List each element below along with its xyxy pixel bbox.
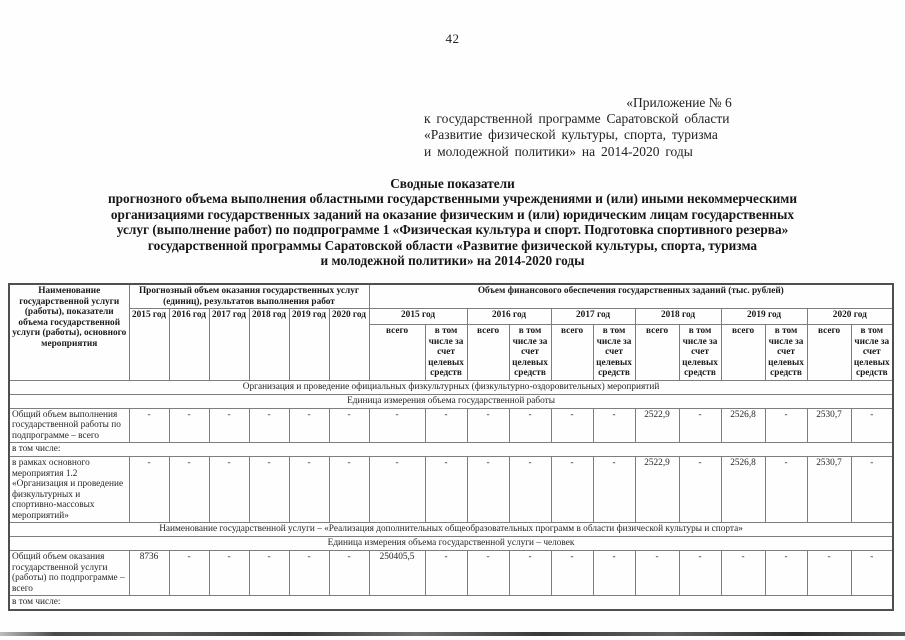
value-cell: - (593, 408, 635, 443)
value-cell: - (249, 551, 289, 596)
value-cell: - (467, 457, 509, 523)
section-row: Единица измерения объема государственной… (9, 394, 893, 408)
value-cell: - (329, 551, 369, 596)
value-cell: - (679, 551, 721, 596)
value-cell: - (509, 551, 551, 596)
col-header-fin-2015: 2015 год (369, 309, 467, 325)
value-cell: - (635, 551, 679, 596)
value-cell: - (851, 551, 893, 596)
section-label: Единица измерения объема государственной… (9, 537, 893, 551)
section-label: Единица измерения объема государственной… (9, 394, 893, 408)
section-label: Организация и проведение официальных физ… (9, 380, 893, 394)
section-label: в том числе: (9, 443, 893, 457)
header-group-row: Наименование государственной услуги (раб… (9, 284, 893, 309)
summary-indicators-table: Наименование государственной услуги (раб… (8, 283, 894, 611)
section-row: Наименование государственной услуги – «Р… (9, 523, 893, 537)
value-cell: - (765, 457, 807, 523)
value-cell: - (169, 408, 209, 443)
col-subheader-targeted-2016: в том числе за счет целевых средств (509, 325, 551, 381)
value-cell: - (425, 551, 467, 596)
col-header-fin-2019: 2019 год (721, 309, 807, 325)
col-header-fin-2017: 2017 год (551, 309, 635, 325)
value-cell: - (249, 408, 289, 443)
col-subheader-targeted-2015: в том числе за счет целевых средств (425, 325, 467, 381)
col-subheader-total-2015: всего (369, 325, 425, 381)
value-cell: 2526,8 (721, 457, 765, 523)
appendix-reference-block: «Приложение № 6 к государственной програ… (424, 95, 874, 160)
section-row: в том числе: (9, 443, 893, 457)
value-cell: - (369, 408, 425, 443)
scan-artifact-line (0, 632, 905, 636)
value-cell: - (425, 408, 467, 443)
data-row: в рамках основного мероприятия 1.2 «Орга… (9, 457, 893, 523)
value-cell: 2530,7 (807, 408, 851, 443)
data-row: Общий объем оказания государственной усл… (9, 551, 893, 596)
value-cell: - (551, 551, 593, 596)
section-row: Единица измерения объема государственной… (9, 537, 893, 551)
col-subheader-targeted-2019: в том числе за счет целевых средств (765, 325, 807, 381)
page-number: 42 (0, 31, 905, 47)
row-label: в рамках основного мероприятия 1.2 «Орга… (9, 457, 129, 523)
col-header-prognoz-2020: 2020 год (329, 309, 369, 381)
col-header-prognoz-2019: 2019 год (289, 309, 329, 381)
header-years-row: 2015 год 2016 год 2017 год 2018 год 2019… (9, 309, 893, 325)
value-cell: - (593, 457, 635, 523)
col-subheader-targeted-2018: в том числе за счет целевых средств (679, 325, 721, 381)
col-group-prognoz-volume: Прогнозный объем оказания государственны… (129, 284, 369, 309)
col-subheader-total-2016: всего (467, 325, 509, 381)
value-cell: 2530,7 (807, 457, 851, 523)
value-cell: - (679, 408, 721, 443)
value-cell: - (209, 551, 249, 596)
document-title: Сводные показатели прогнозного объема вы… (12, 176, 893, 269)
col-subheader-targeted-2020: в том числе за счет целевых средств (851, 325, 893, 381)
value-cell: - (289, 457, 329, 523)
value-cell: - (169, 551, 209, 596)
table-header: Наименование государственной услуги (раб… (9, 284, 893, 380)
section-label: Наименование государственной услуги – «Р… (9, 523, 893, 537)
value-cell: 2522,9 (635, 457, 679, 523)
value-cell: - (551, 408, 593, 443)
value-cell: - (509, 408, 551, 443)
value-cell: - (467, 408, 509, 443)
value-cell: - (721, 551, 765, 596)
section-label: в том числе: (9, 596, 893, 611)
value-cell: 2522,9 (635, 408, 679, 443)
value-cell: - (509, 457, 551, 523)
col-group-financial-support: Объем финансового обеспечения государств… (369, 284, 893, 309)
value-cell: - (169, 457, 209, 523)
value-cell: - (765, 551, 807, 596)
col-header-service-name: Наименование государственной услуги (раб… (9, 284, 129, 380)
value-cell: - (807, 551, 851, 596)
value-cell: - (765, 408, 807, 443)
value-cell: - (209, 408, 249, 443)
col-subheader-total-2018: всего (635, 325, 679, 381)
value-cell: - (425, 457, 467, 523)
value-cell: - (329, 457, 369, 523)
table-body: Организация и проведение официальных физ… (9, 380, 893, 610)
value-cell: - (129, 408, 169, 443)
row-label: Общий объем выполнения государственной р… (9, 408, 129, 443)
value-cell: - (679, 457, 721, 523)
value-cell: - (209, 457, 249, 523)
value-cell: - (467, 551, 509, 596)
value-cell: - (289, 551, 329, 596)
section-row: Организация и проведение официальных физ… (9, 380, 893, 394)
col-subheader-total-2019: всего (721, 325, 765, 381)
section-row: в том числе: (9, 596, 893, 611)
value-cell: 8736 (129, 551, 169, 596)
appendix-number-line: «Приложение № 6 (424, 95, 874, 111)
col-subheader-total-2020: всего (807, 325, 851, 381)
col-header-prognoz-2018: 2018 год (249, 309, 289, 381)
value-cell: 2526,8 (721, 408, 765, 443)
col-subheader-total-2017: всего (551, 325, 593, 381)
appendix-program-lines: к государственной программе Саратовской … (424, 111, 874, 160)
col-header-fin-2018: 2018 год (635, 309, 721, 325)
value-cell: - (551, 457, 593, 523)
value-cell: - (851, 408, 893, 443)
value-cell: - (329, 408, 369, 443)
value-cell: - (289, 408, 329, 443)
value-cell: - (593, 551, 635, 596)
col-header-fin-2016: 2016 год (467, 309, 551, 325)
value-cell: - (369, 457, 425, 523)
col-header-fin-2020: 2020 год (807, 309, 893, 325)
row-label: Общий объем оказания государственной усл… (9, 551, 129, 596)
col-subheader-targeted-2017: в том числе за счет целевых средств (593, 325, 635, 381)
value-cell: 250405,5 (369, 551, 425, 596)
scanned-document-page: { "page_number": "42", "appendix": { "li… (0, 0, 905, 640)
col-header-prognoz-2015: 2015 год (129, 309, 169, 381)
col-header-prognoz-2017: 2017 год (209, 309, 249, 381)
data-row: Общий объем выполнения государственной р… (9, 408, 893, 443)
value-cell: - (851, 457, 893, 523)
value-cell: - (129, 457, 169, 523)
value-cell: - (249, 457, 289, 523)
col-header-prognoz-2016: 2016 год (169, 309, 209, 381)
